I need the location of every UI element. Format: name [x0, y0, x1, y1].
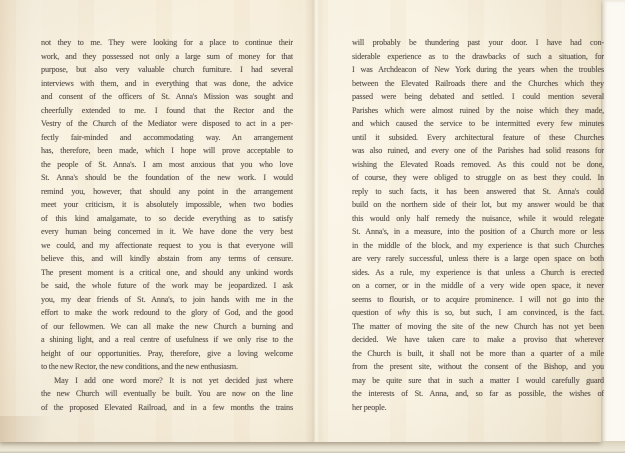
text-line: until it subsided. Every architectural f… [352, 131, 604, 145]
center-fold-crease [304, 0, 324, 442]
text-line: seems to flourish, or to acquire promine… [352, 293, 604, 307]
text-line: build on the northern side of their lot,… [352, 198, 604, 212]
text-line: St. Anna's, in a measure, into the posit… [352, 225, 604, 239]
text-line: the Church is built, it shall not be mor… [352, 347, 604, 361]
text-line: The matter of moving the site of the new… [352, 320, 604, 334]
text-line: I was Archdeacon of New York during the … [352, 63, 604, 77]
paper-sheet: not they to me. They were looking for a … [0, 0, 601, 442]
text-line: we could, and my affectionate request to… [41, 239, 293, 253]
left-page-text: not they to me. They were looking for a … [41, 36, 293, 414]
text-line: remind you, however, that should any poi… [41, 185, 293, 199]
text-line: to the new Rector, the new conditions, a… [41, 360, 293, 374]
text-line: are very rarely successful, unless there… [352, 252, 604, 266]
scan-background-bottom [0, 441, 625, 453]
text-line: every human being concerned in it. We ha… [41, 225, 293, 239]
text-line: of our fellowmen. We can all make the ne… [41, 320, 293, 334]
text-line: siderable experience as to the drawbacks… [352, 50, 604, 64]
text-line: was also ruined, and every one of the Pa… [352, 144, 604, 158]
text-line: May I add one word more? It is not yet d… [41, 374, 293, 388]
bottom-left-corner-fold [0, 416, 90, 442]
text-line: Vestry of the Church of the Mediator wer… [41, 117, 293, 131]
text-line: this would only half remedy the nuisance… [352, 212, 604, 226]
text-line: sides. As a rule, my experience is that … [352, 266, 604, 280]
text-line: interviews with them, and in everything … [41, 77, 293, 91]
text-line: question of why this is so, but such, I … [352, 306, 604, 320]
right-page-text: will probably be thundering past your do… [352, 36, 604, 414]
text-line: and consent of the officers of St. Anna'… [41, 90, 293, 104]
text-line: effort to make the work redound to the g… [41, 306, 293, 320]
text-line: purpose, but also very valuable church f… [41, 63, 293, 77]
text-line: be said, the whole future of the work ma… [41, 279, 293, 293]
text-line: on a corner, or in the middle of a very … [352, 279, 604, 293]
text-line: meet your criticism, it is absolutely im… [41, 198, 293, 212]
text-line: passed were being debated and settled. I… [352, 90, 604, 104]
text-line: from the present site, without the conse… [352, 360, 604, 374]
text-line: the people of St. Anna's. I am most anxi… [41, 158, 293, 172]
text-line: will probably be thundering past your do… [352, 36, 604, 50]
text-line: the new Church will eventually be built.… [41, 387, 293, 401]
spine-edge [0, 0, 4, 442]
text-line: Parishes which were almost ruined by the… [352, 104, 604, 118]
text-line: has, therefore, been made, which I hope … [41, 144, 293, 158]
text-line: fectly fair-minded and accommodating way… [41, 131, 293, 145]
text-line: wishing the Elevated Roads removed. As t… [352, 158, 604, 172]
text-line: believe this, and will kindly abstain fr… [41, 252, 293, 266]
text-line: and which caused the service to be inter… [352, 117, 604, 131]
text-line: St. Anna's should be the foundation of t… [41, 171, 293, 185]
text-line: of course, they were obliged to struggle… [352, 171, 604, 185]
text-line: height of our opportunities. Pray, there… [41, 347, 293, 361]
text-line: decided. We have taken care to make a pr… [352, 333, 604, 347]
text-line: a shining light, and a real centre of us… [41, 333, 293, 347]
text-line: the interests of St. Anna, and, so far a… [352, 387, 604, 401]
text-line: may be quite sure that in such a matter … [352, 374, 604, 388]
text-line: reply to such facts, it has been answere… [352, 185, 604, 199]
text-line: her people. [352, 401, 604, 415]
text-line: of the proposed Elevated Railroad, and i… [41, 401, 293, 415]
text-line: of this kind amalgamate, to so decide ev… [41, 212, 293, 226]
text-line: work, and they possessed not only a larg… [41, 50, 293, 64]
text-line: between the Elevated Railroads there and… [352, 77, 604, 91]
text-line: in the middle of the block, and my exper… [352, 239, 604, 253]
text-line: you, my dear friends of St. Anna's, to j… [41, 293, 293, 307]
text-line: not they to me. They were looking for a … [41, 36, 293, 50]
underlying-page-edge [601, 0, 625, 448]
text-line: The present moment is a critical one, an… [41, 266, 293, 280]
text-line: cheerfully extended to me. I found that … [41, 104, 293, 118]
scanned-document: not they to me. They were looking for a … [0, 0, 625, 453]
